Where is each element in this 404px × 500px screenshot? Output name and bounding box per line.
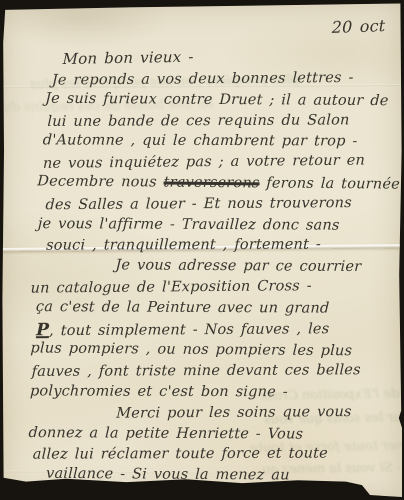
letter-line: Je suis furieux contre Druet ; il a auto… [45, 89, 404, 112]
letter-page: plus pompiers , ou nos pompiers les plus… [2, 3, 402, 497]
letter-body: Je reponds a vos deux bonnes lettres - J… [30, 69, 404, 486]
letter-line: Je reponds a vos deux bonnes lettres - [52, 67, 404, 91]
scan-background: plus pompiers , ou nos pompiers les plus… [0, 0, 404, 500]
letter-line: Je vous adresse par ce courrier [37, 255, 398, 278]
line-text: ferons la tournée [259, 175, 400, 192]
letter-line: fauves , font triste mine devant ces bel… [31, 360, 394, 383]
struck-word: traverserons [163, 175, 260, 192]
letter-line: d'Automne , qui le chambrent par trop - [42, 131, 402, 153]
line-text: Decembre nous [37, 173, 164, 190]
letter-line: plus pompiers , ou nos pompiers les plus [30, 339, 395, 363]
letter-line: des Salles a louer - Et nous trouverons [45, 193, 400, 216]
letter-line: polychromies et c'est bon signe - [30, 381, 394, 403]
letter-line: je vous l'affirme - Travaillez donc sans [37, 214, 399, 237]
letter-line: souci , tranquillement , fortement - [46, 235, 399, 257]
salutation: Mon bon vieux - [62, 44, 404, 68]
letter-line: Decembre nous traverserons ferons la tou… [37, 171, 401, 195]
letter-content: 20 oct Mon bon vieux - Je reponds a vos … [30, 9, 404, 486]
letter-line: donnez a la petite Henriette - Vous [28, 423, 392, 446]
letter-line: Merci pour les soins que vous [32, 401, 393, 424]
letter-line: allez lui réclamer toute force et toute [32, 444, 391, 466]
letter-line: vaillance - Si vous la menez au [46, 464, 391, 487]
letter-line: ça c'est de la Peinture avec un grand [35, 297, 396, 320]
letter-line: lui une bande de ces requins du Salon [47, 110, 403, 133]
letter-line: un catalogue de l'Exposition Cross - [30, 275, 397, 299]
underlined-capital-p: P [36, 320, 50, 340]
line-text: , tout simplement - Nos fauves , les [49, 321, 330, 339]
letter-date: 20 oct [332, 16, 386, 37]
